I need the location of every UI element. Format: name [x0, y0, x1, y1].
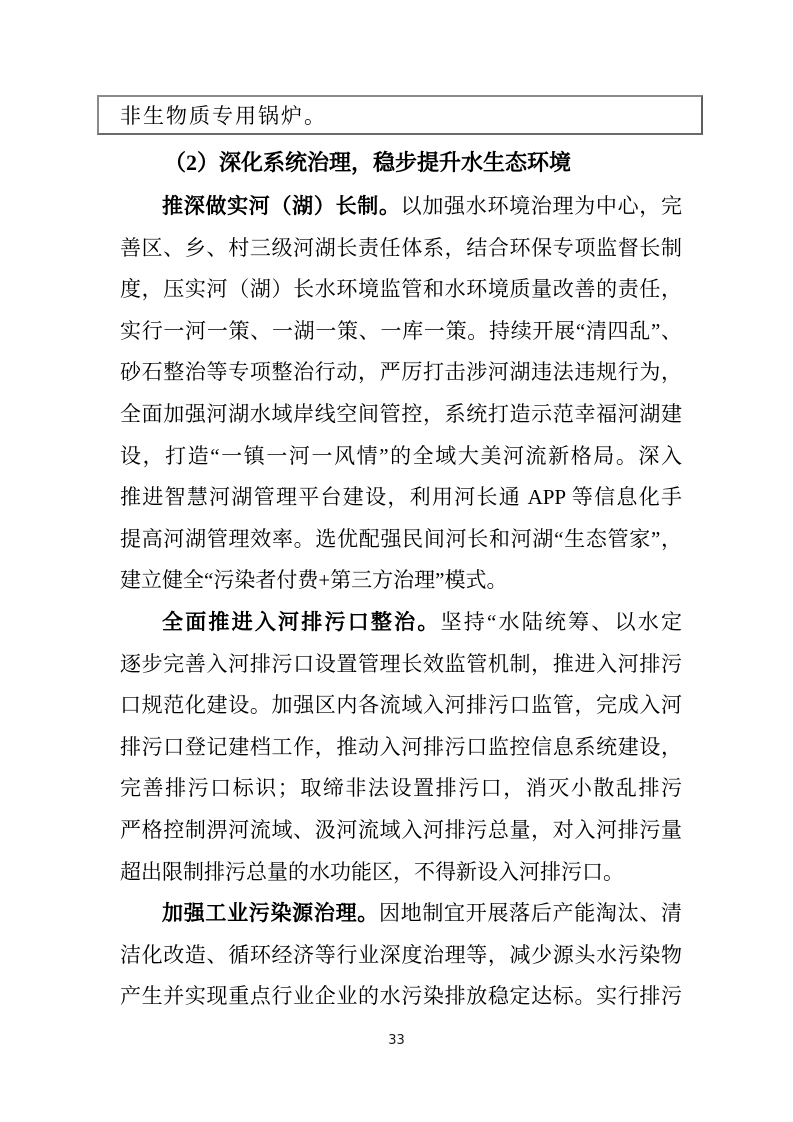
- body-line: 设，打造“一镇一河一风情”的全域大美河流新格局。深入: [120, 436, 682, 478]
- body-line: 提高河湖管理效率。选优配强民间河长和河湖“生态管家”，: [120, 519, 682, 561]
- body-line: 善区、乡、村三级河湖长责任体系，结合环保专项监督长制: [120, 228, 682, 270]
- body-line: 度，压实河（湖）长水环境监管和水环境质量改善的责任，: [120, 269, 682, 311]
- page-content: （2）深化系统治理，稳步提升水生态环境 推深做实河（湖）长制。以加强水环境治理为…: [120, 140, 682, 1018]
- body-line: 逐步完善入河排污口设置管理长效监管机制，推进入河排污: [120, 644, 682, 686]
- carryover-table-box: 非生物质专用锅炉。: [97, 95, 703, 135]
- body-line: 建立健全“污染者付费+第三方治理”模式。: [120, 560, 682, 602]
- body-line: 排污口登记建档工作，推动入河排污口监控信息系统建设，: [120, 727, 682, 769]
- section-heading: （2）深化系统治理，稳步提升水生态环境: [120, 140, 682, 186]
- body-line-text: 因地制宜开展落后产能淘汰、清: [379, 901, 682, 925]
- body-line-text: 完善排污口标识；取缔非法设置排污口，消灭小散乱排污口。: [120, 776, 682, 810]
- body-line-text: 以加强水环境治理为中心，完: [401, 194, 682, 218]
- paragraph-lead-bold: 加强工业污染源治理。: [162, 901, 379, 925]
- body-line: 超出限制排污总量的水功能区，不得新设入河排污口。: [120, 852, 682, 894]
- body-line-text: 洁化改造、循环经济等行业深度治理等，减少源头水污染物: [120, 943, 682, 967]
- body-line: 产生并实现重点行业企业的水污染排放稳定达标。实行排污: [120, 976, 682, 1018]
- body-line-text: 善区、乡、村三级河湖长责任体系，结合环保专项监督长制: [120, 236, 682, 260]
- body-line: 推深做实河（湖）长制。以加强水环境治理为中心，完: [120, 186, 682, 228]
- body-line-text: 全面加强河湖水域岸线空间管控，系统打造示范幸福河湖建: [120, 402, 682, 426]
- body-line-text: 超出限制排污总量的水功能区，不得新设入河排污口。: [120, 860, 624, 884]
- body-line: 实行一河一策、一湖一策、一库一策。持续开展“清四乱”、: [120, 311, 682, 353]
- body-line: 口规范化建设。加强区内各流域入河排污口监管，完成入河: [120, 685, 682, 727]
- body-line-text: 实行一河一策、一湖一策、一库一策。持续开展“清四乱”、: [120, 319, 682, 343]
- body-line-text: 砂石整治等专项整治行动，严厉打击涉河湖违法违规行为，: [120, 360, 682, 384]
- body-line-text: 设，打造“一镇一河一风情”的全域大美河流新格局。深入: [120, 444, 682, 468]
- body-line-text: 提高河湖管理效率。选优配强民间河长和河湖“生态管家”，: [120, 527, 682, 551]
- paragraph: 加强工业污染源治理。因地制宜开展落后产能淘汰、清洁化改造、循环经济等行业深度治理…: [120, 893, 682, 1018]
- body-line-text: 建立健全“污染者付费+第三方治理”模式。: [120, 568, 507, 592]
- paragraph: 推深做实河（湖）长制。以加强水环境治理为中心，完善区、乡、村三级河湖长责任体系，…: [120, 186, 682, 602]
- body-line: 加强工业污染源治理。因地制宜开展落后产能淘汰、清: [120, 893, 682, 935]
- body-line-text: 严格控制淠河流域、汲河流域入河排污总量，对入河排污量: [120, 818, 682, 842]
- body-line: 推进智慧河湖管理平台建设，利用河长通 APP 等信息化手段，: [120, 477, 682, 519]
- body-line: 砂石整治等专项整治行动，严厉打击涉河湖违法违规行为，: [120, 352, 682, 394]
- body-line-text: 度，压实河（湖）长水环境监管和水环境质量改善的责任，: [120, 277, 682, 301]
- body-line: 严格控制淠河流域、汲河流域入河排污总量，对入河排污量: [120, 810, 682, 852]
- body-line: 完善排污口标识；取缔非法设置排污口，消灭小散乱排污口。: [120, 768, 682, 810]
- document-page: 非生物质专用锅炉。 （2）深化系统治理，稳步提升水生态环境 推深做实河（湖）长制…: [0, 0, 793, 1122]
- paragraph-lead-bold: 推深做实河（湖）长制。: [162, 194, 401, 218]
- body-line: 全面加强河湖水域岸线空间管控，系统打造示范幸福河湖建: [120, 394, 682, 436]
- body-paragraphs: 推深做实河（湖）长制。以加强水环境治理为中心，完善区、乡、村三级河湖长责任体系，…: [120, 186, 682, 1018]
- body-line-text: 排污口登记建档工作，推动入河排污口监控信息系统建设，: [120, 735, 682, 759]
- body-line-text: 推进智慧河湖管理平台建设，利用河长通 APP 等信息化手段，: [120, 485, 682, 519]
- carryover-box-text: 非生物质专用锅炉。: [120, 100, 327, 130]
- body-line-text: 产生并实现重点行业企业的水污染排放稳定达标。实行排污: [120, 984, 682, 1008]
- body-line: 全面推进入河排污口整治。坚持“水陆统筹、以水定岸”，: [120, 602, 682, 644]
- paragraph: 全面推进入河排污口整治。坚持“水陆统筹、以水定岸”，逐步完善入河排污口设置管理长…: [120, 602, 682, 893]
- paragraph-lead-bold: 全面推进入河排污口整治。: [162, 610, 441, 634]
- body-line: 洁化改造、循环经济等行业深度治理等，减少源头水污染物: [120, 935, 682, 977]
- body-line-text: 口规范化建设。加强区内各流域入河排污口监管，完成入河: [120, 693, 682, 717]
- page-number: 33: [0, 1033, 793, 1048]
- body-line-text: 逐步完善入河排污口设置管理长效监管机制，推进入河排污: [120, 652, 682, 676]
